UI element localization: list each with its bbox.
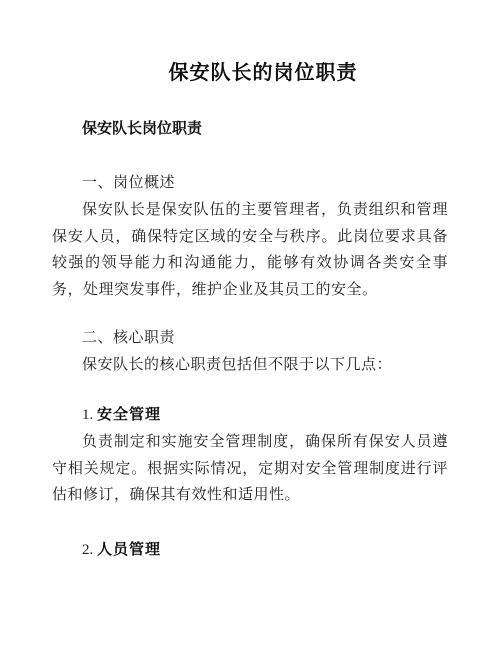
document-subtitle: 保安队长岗位职责 [52,115,448,142]
heading-core-duties: 二、核心职责 [52,325,448,352]
subheading-safety-number: 1. [82,407,93,423]
paragraph-safety-management: 负责制定和实施安全管理制度，确保所有保安人员遵守相关规定。根据实际情况，定期对安… [52,429,448,509]
document-page: 保安队长的岗位职责 保安队长岗位职责 一、岗位概述 保安队长是保安队伍的主要管理… [0,0,500,647]
heading-overview: 一、岗位概述 [52,170,448,197]
subheading-personnel-management: 2. 人员管理 [52,536,448,564]
subheading-personnel-label: 人员管理 [97,541,161,558]
subheading-safety-management: 1. 安全管理 [52,401,448,429]
paragraph-core-duties-intro: 保安队长的核心职责包括但不限于以下几点： [52,352,448,379]
subheading-personnel-number: 2. [82,542,93,558]
document-title: 保安队长的岗位职责 [52,56,448,90]
paragraph-overview: 保安队长是保安队伍的主要管理者，负责组织和管理保安人员，确保特定区域的安全与秩序… [52,197,448,303]
subheading-safety-label: 安全管理 [97,406,161,423]
